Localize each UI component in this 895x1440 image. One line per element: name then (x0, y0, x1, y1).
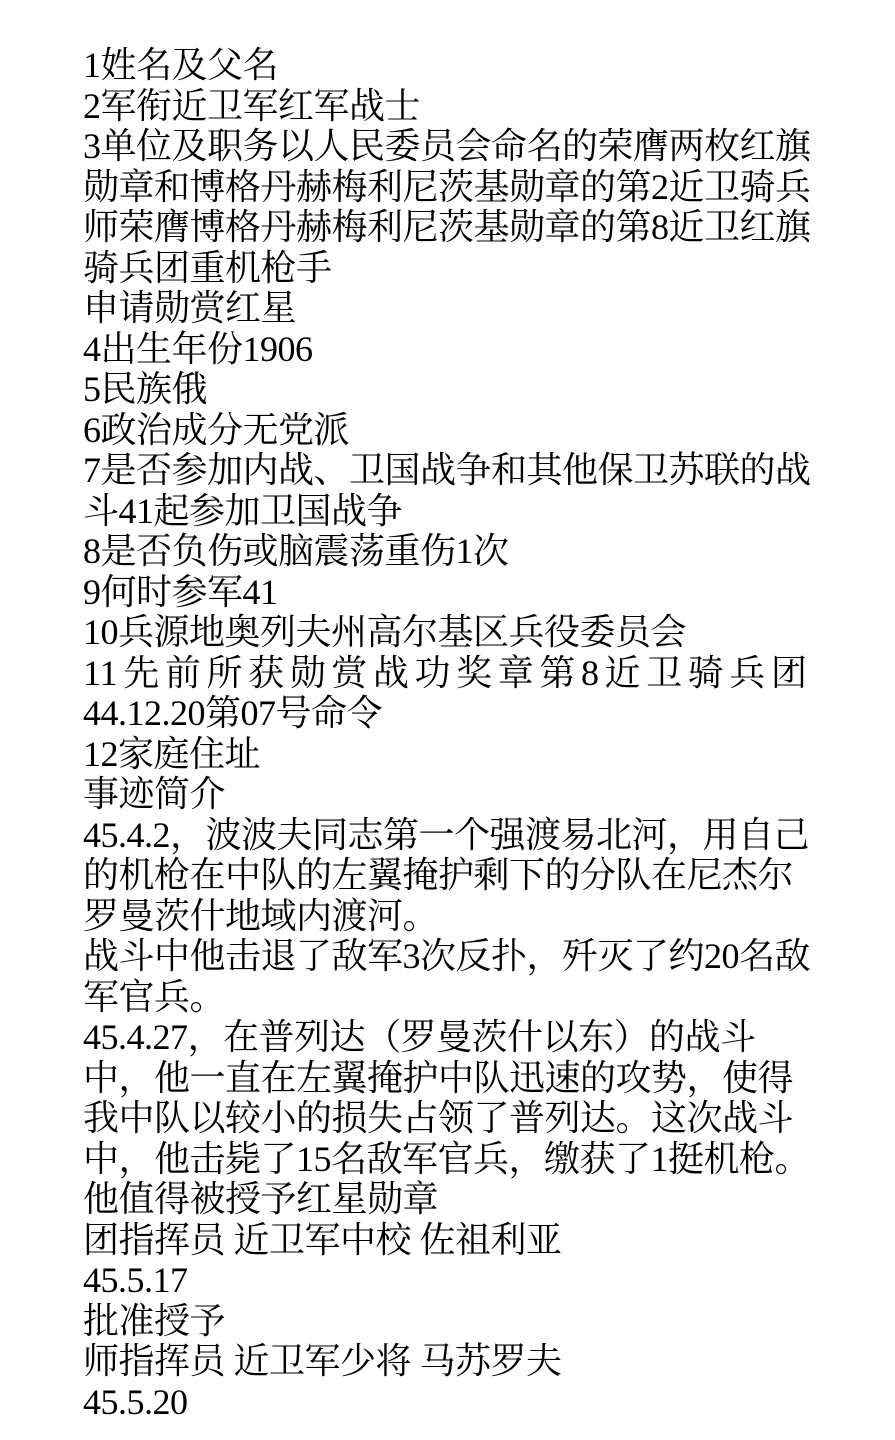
text-line: 12家庭住址 (83, 734, 807, 775)
text-line: 8是否负伤或脑震荡重伤1次 (83, 531, 807, 572)
text-line: 团指挥员 近卫军中校 佐祖利亚 (83, 1220, 807, 1261)
text-line: 45.5.17 (83, 1260, 807, 1301)
document-body: 1姓名及父名2军衔近卫军红军战士3单位及职务以人民委员会命名的荣膺两枚红旗勋章和… (83, 45, 807, 1422)
text-line: 他值得被授予红星勋章 (83, 1179, 807, 1220)
text-line: 3单位及职务以人民委员会命名的荣膺两枚红旗 (83, 126, 807, 167)
text-line: 军官兵。 (83, 977, 807, 1018)
text-line: 我中队以较小的损失占领了普列达。这次战斗 (83, 1098, 807, 1139)
text-line: 45.5.20 (83, 1382, 807, 1423)
text-line: 骑兵团重机枪手 (83, 248, 807, 289)
text-line: 批准授予 (83, 1301, 807, 1342)
text-line: 的机枪在中队的左翼掩护剩下的分队在尼杰尔 (83, 855, 807, 896)
text-line: 斗41起参加卫国战争 (83, 491, 807, 532)
text-line: 45.4.2，波波夫同志第一个强渡易北河，用自己 (83, 815, 807, 856)
text-line: 44.12.20第07号命令 (83, 693, 807, 734)
text-line: 7是否参加内战、卫国战争和其他保卫苏联的战 (83, 450, 807, 491)
award-citation-document: 1姓名及父名2军衔近卫军红军战士3单位及职务以人民委员会命名的荣膺两枚红旗勋章和… (0, 0, 807, 1422)
text-line: 9何时参军41 (83, 572, 807, 613)
text-line: 师荣膺博格丹赫梅利尼茨基勋章的第8近卫红旗 (83, 207, 807, 248)
text-line: 4出生年份1906 (83, 329, 807, 370)
text-line: 中，他一直在左翼掩护中队迅速的攻势，使得 (83, 1058, 807, 1099)
text-line: 6政治成分无党派 (83, 410, 807, 451)
text-line: 2军衔近卫军红军战士 (83, 86, 807, 127)
text-line: 5民族俄 (83, 369, 807, 410)
text-line: 事迹简介 (83, 774, 807, 815)
text-line: 11先前所获勋赏战功奖章第8近卫骑兵团 (83, 653, 807, 694)
text-line: 罗曼茨什地域内渡河。 (83, 896, 807, 937)
text-line: 勋章和博格丹赫梅利尼茨基勋章的第2近卫骑兵 (83, 167, 807, 208)
text-line: 战斗中他击退了敌军3次反扑，歼灭了约20名敌 (83, 936, 807, 977)
text-line: 师指挥员 近卫军少将 马苏罗夫 (83, 1341, 807, 1382)
text-line: 中，他击毙了15名敌军官兵，缴获了1挺机枪。 (83, 1139, 807, 1180)
page: { "page": { "background_color": "#ffffff… (0, 0, 895, 1440)
text-line: 10兵源地奥列夫州高尔基区兵役委员会 (83, 612, 807, 653)
text-line: 申请勋赏红星 (83, 288, 807, 329)
text-line: 1姓名及父名 (83, 45, 807, 86)
text-line: 45.4.27，在普列达（罗曼茨什以东）的战斗 (83, 1017, 807, 1058)
